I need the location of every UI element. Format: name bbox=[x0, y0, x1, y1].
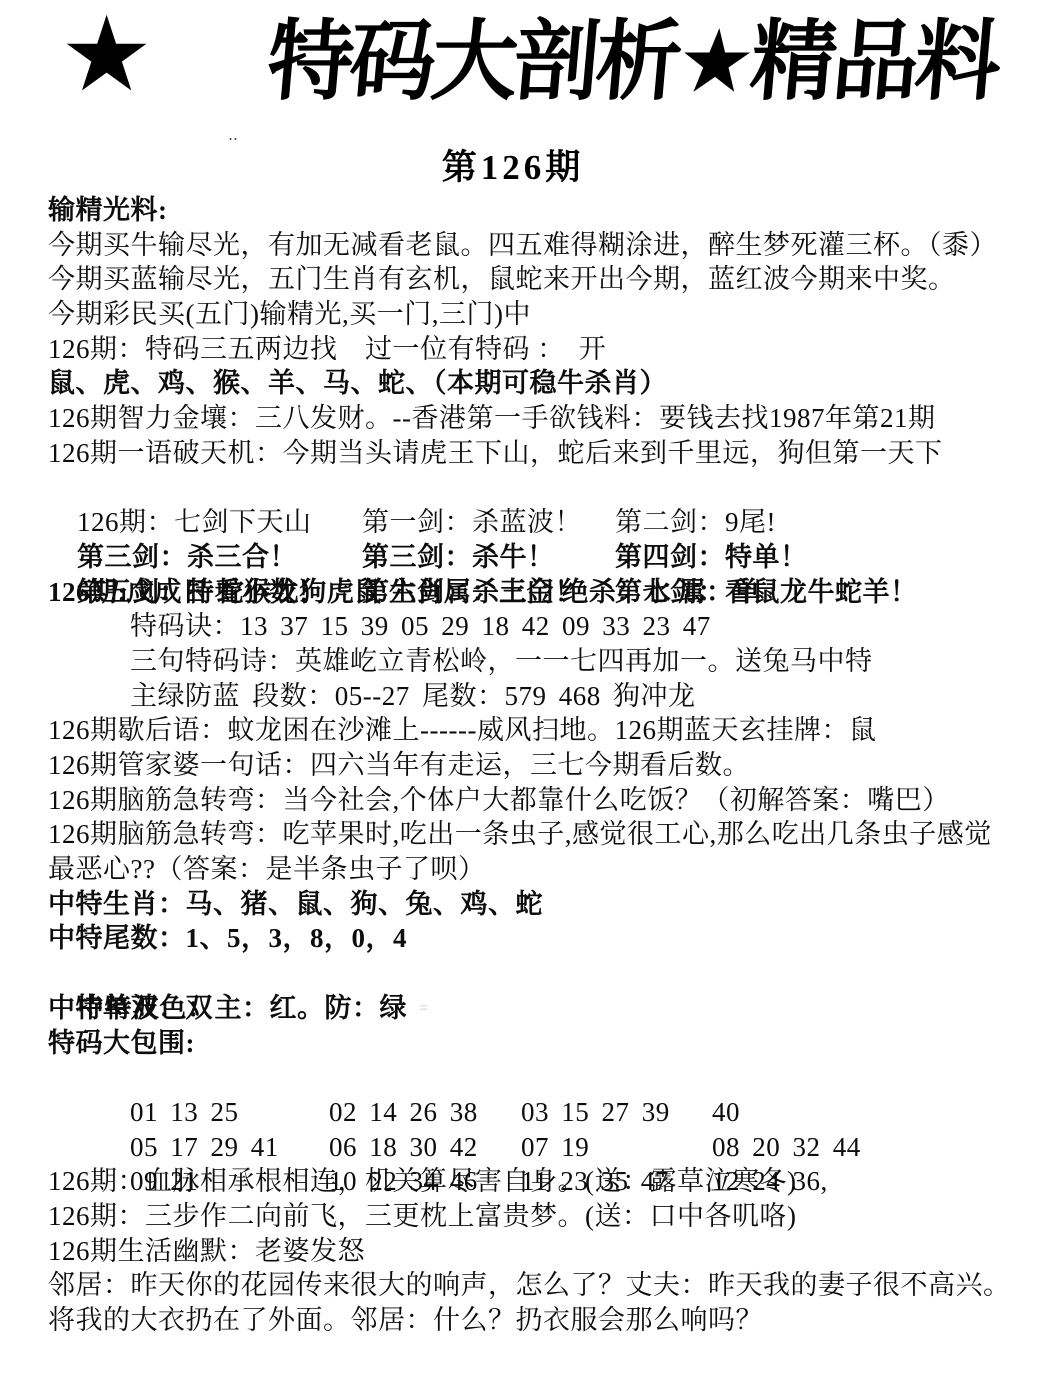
number-cell: 08 20 32 44 bbox=[712, 1130, 861, 1165]
text-line-zhongte-shengxiao: 中特生肖：马、猪、鼠、狗、兔、鸡、蛇 bbox=[48, 887, 1031, 922]
number-grid-row: 01 13 2502 14 26 3803 15 27 3940 bbox=[48, 1060, 1031, 1095]
text-line-zhongte-bose: 中特波色：主：红。防：绿= bbox=[48, 956, 1031, 991]
text-line-poem: 三句特码诗：英雄屹立青松岭，一一七四再加一。送兔马中特 bbox=[48, 644, 1031, 679]
text-line-baowei-title: 特码大包围: bbox=[48, 1026, 1031, 1061]
stray-mark: = bbox=[419, 1000, 428, 1017]
sword-cell: 第二剑：9尾! bbox=[615, 505, 776, 540]
page-header: ★ 特码大剖析★精品料 ‥ 第126期 bbox=[0, 0, 1051, 196]
sword-cell: 第四剑：特单！ bbox=[615, 540, 808, 575]
text-line: 126期：三步作二向前飞，三更枕上富贵梦。(送：口中各叽咯) bbox=[48, 1199, 1031, 1234]
text-line-temajue: 特码诀：13 37 15 39 05 29 18 42 09 33 23 47 bbox=[48, 609, 1031, 644]
issue-number: 第126期 bbox=[0, 140, 1026, 190]
text-line: 126期脑筋急转弯：当今社会,个体户大都靠什么吃饭？（初解答案：嘴巴） bbox=[48, 783, 1031, 818]
text-line-shujingguangliao: 输精光料: bbox=[48, 193, 1031, 228]
text-line: 126期脑筋急转弯：吃苹果时,吃出一条虫子,感觉很工心,那么吃出几条虫子感觉 bbox=[48, 817, 1031, 852]
sword-cell: 第三剑：杀牛！ bbox=[362, 540, 615, 575]
document-body: 输精光料: 今期买牛输尽光，有加无减看老鼠。四五难得糊涂进，醉生梦死灌三杯。（黍… bbox=[48, 193, 1031, 1338]
text-line-humor-title: 126期生活幽默：老婆发怒 bbox=[48, 1234, 1031, 1269]
text-line: 将我的大衣扔在了外面。邻居：什么？扔衣服会那么响吗？ bbox=[48, 1303, 1031, 1338]
sword-cell: 第三剑：杀三合！ bbox=[77, 540, 362, 575]
text-line-zhongte-danshuang: 中特单双：双 bbox=[48, 991, 1031, 1026]
text-line: 126期：特码三五两边找 过一位有特码 ： 开 bbox=[48, 332, 1031, 367]
text-line: 今期彩民买(五门)输精光,买一门,三门)中 bbox=[48, 297, 1031, 332]
text-line-duanshu: 主绿防蓝 段数：05--27 尾数：579 468 狗冲龙 bbox=[48, 679, 1031, 714]
sword-cell: 第一剑：杀蓝波！ bbox=[362, 505, 615, 540]
star-icon: ★ bbox=[60, 2, 153, 106]
text-line: 126期智力金壤：三八发财。--香港第一手欲钱料：要钱去找1987年第21期 bbox=[48, 401, 1031, 436]
number-cell: 05 17 29 41 bbox=[130, 1130, 329, 1165]
sword-cell: 126期：七剑下天山 bbox=[77, 505, 362, 540]
number-cell: 07 19 bbox=[521, 1130, 712, 1165]
number-cell: 02 14 26 38 bbox=[329, 1095, 521, 1130]
text-line-zhongte-weishu: 中特尾数：1、5，3，8，0，4 bbox=[48, 921, 1031, 956]
sword-row: 126期：七剑下天山第一剑：杀蓝波！第二剑：9尾! bbox=[48, 471, 1031, 506]
text-line: 126期歇后语：蚊龙困在沙滩上------威风扫地。126期蓝天玄挂牌：鼠 bbox=[48, 713, 1031, 748]
text-line: 今期买蓝输尽光，五门生肖有玄机，鼠蛇来开出今期，蓝红波今期来中奖。 bbox=[48, 262, 1031, 297]
text-line: 126期管家婆一句话：四六当年有走运，三七今期看后数。 bbox=[48, 748, 1031, 783]
number-cell: 06 18 30 42 bbox=[329, 1130, 521, 1165]
number-cell: 01 13 25 bbox=[130, 1095, 329, 1130]
text-line: 最恶心??（答案：是半条虫子了呗） bbox=[48, 852, 1031, 887]
text-line: 126期一语破天机：今期当头请虎王下山，蛇后来到千里远，狗但第一天下 bbox=[48, 436, 1031, 471]
number-cell: 40 bbox=[712, 1095, 740, 1130]
number-cell: 03 15 27 39 bbox=[521, 1095, 712, 1130]
text-line: 126期：血脉相承根相连，机关算尽害自身。(送：露草泣寒冬) bbox=[48, 1164, 1031, 1199]
text-line-zodiac-list: 鼠、虎、鸡、猴、羊、马、蛇、（本期可稳牛杀肖） bbox=[48, 366, 1031, 401]
text-line: 邻居：昨天你的花园传来很大的响声，怎么了？丈夫：昨天我的妻子很不高兴。 bbox=[48, 1268, 1031, 1303]
text-line: 今期买牛输尽光，有加无减看老鼠。四五难得糊涂进，醉生梦死灌三杯。（黍） bbox=[48, 228, 1031, 263]
page-title: 特码大剖析★精品料 bbox=[264, 14, 1002, 110]
